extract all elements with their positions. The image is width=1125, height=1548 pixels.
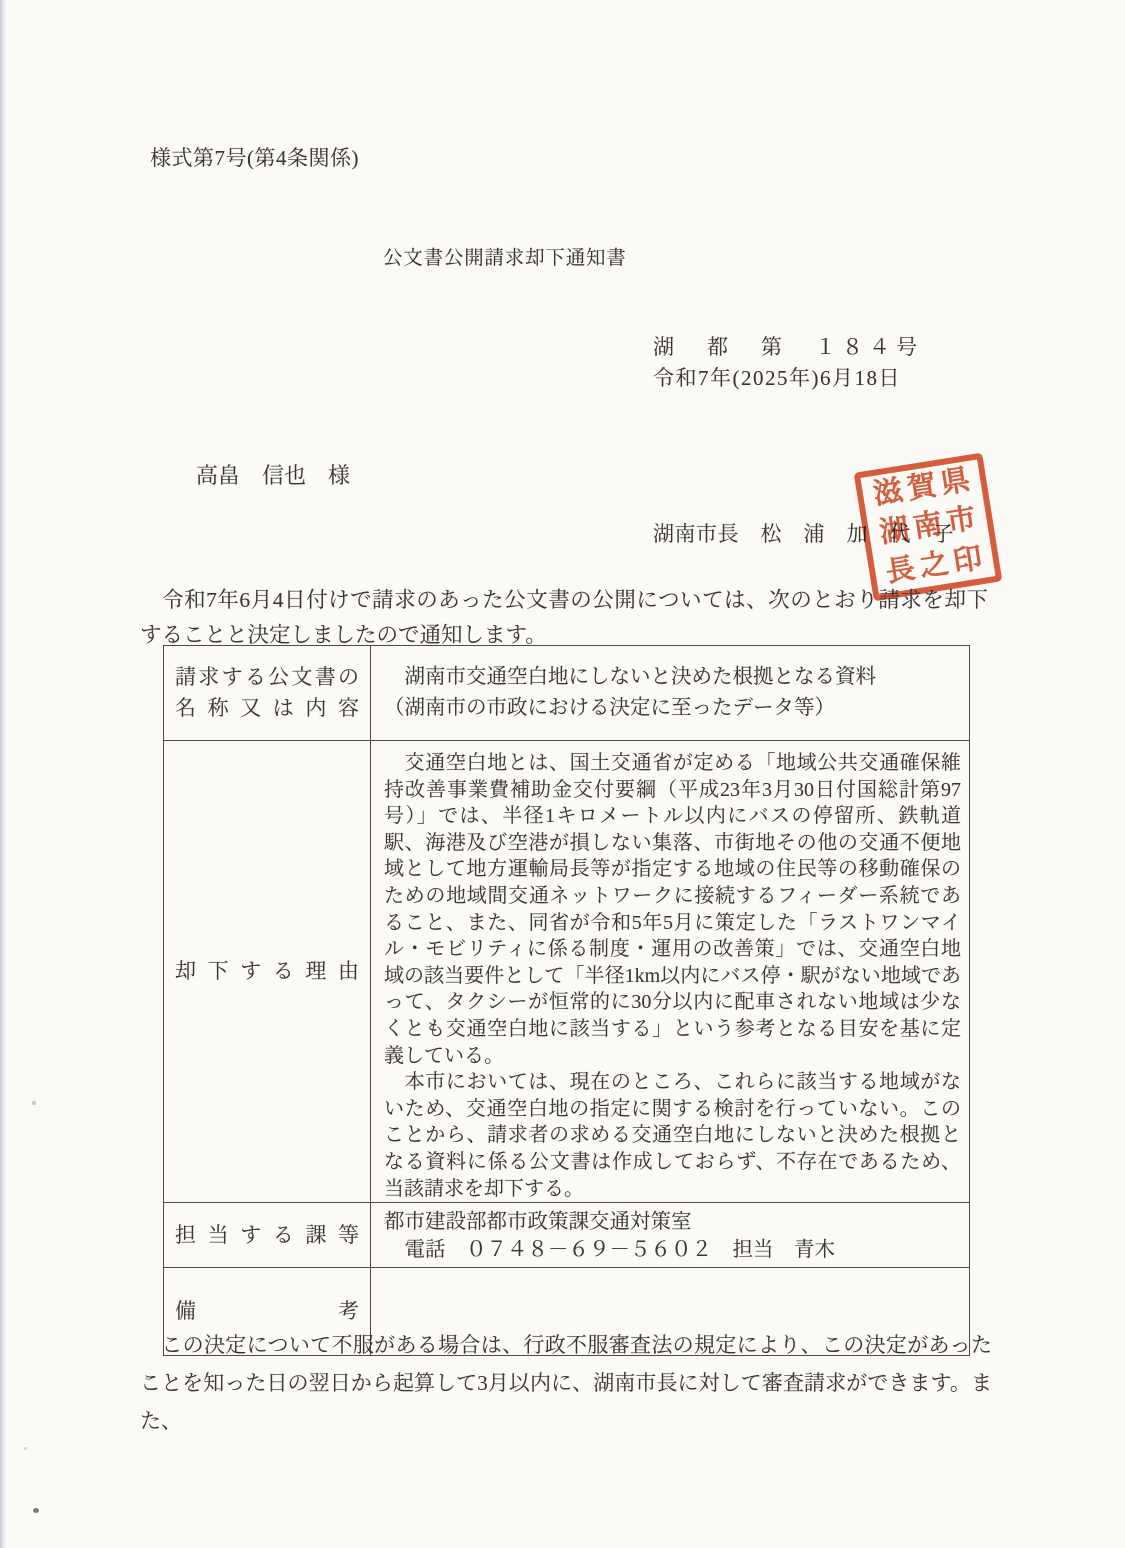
addressee-name: 高畠 信也 様 bbox=[196, 459, 350, 490]
rejection-reason-paragraph-1: 交通空白地とは、国土交通省が定める「地域公共交通確保維持改善事業費補助金交付要綱… bbox=[384, 750, 961, 1069]
requested-document-content: 湖南市交通空白地にしないと決めた根拠となる資料 （湖南市の市政における決定に至っ… bbox=[384, 662, 961, 724]
remarks-label: 備 考 bbox=[175, 1296, 359, 1327]
rejection-reason-paragraph-2: 本市においては、現在のところ、これらに該当する地域がないため、交通空白地の指定に… bbox=[384, 1069, 961, 1202]
requested-document-content-cell: 湖南市交通空白地にしないと決めた根拠となる資料 （湖南市の市政における決定に至っ… bbox=[371, 646, 970, 741]
department-label: 担 当 す る 課 等 bbox=[175, 1220, 359, 1251]
table-row: 却 下 す る 理 由 交通空白地とは、国土交通省が定める「地域公共交通確保維持… bbox=[164, 741, 970, 1203]
document-number: 湖 都 第 １８４号 bbox=[653, 331, 923, 361]
issue-date: 令和7年(2025年)6月18日 bbox=[653, 362, 901, 392]
appeal-notice-paragraph: この決定について不服がある場合は、行政不服審査法の規定により、この決定があったこ… bbox=[140, 1326, 992, 1440]
mayor-seal-stamp: 滋賀県 湖南市 長之印 bbox=[854, 453, 1003, 602]
department-label-cell: 担 当 す る 課 等 bbox=[164, 1203, 371, 1268]
page-title: 公文書公開請求却下通知書 bbox=[383, 242, 627, 270]
scan-speck bbox=[32, 1101, 36, 1105]
requested-document-label-cell: 請求する公文書の 名 称 又 は 内 容 bbox=[164, 646, 371, 741]
department-content-cell: 都市建設部都市政策課交通対策室 電話 ０７４８－６９－５６０２ 担当 青木 bbox=[371, 1203, 970, 1268]
intro-paragraph: 令和7年6月4日付けで請求のあった公文書の公開については、次のとおり請求を却下す… bbox=[140, 583, 988, 653]
table-row: 請求する公文書の 名 称 又 は 内 容 湖南市交通空白地にしないと決めた根拠と… bbox=[164, 646, 970, 741]
scan-edge-shadow bbox=[0, 0, 7, 1548]
table-row: 担 当 す る 課 等 都市建設部都市政策課交通対策室 電話 ０７４８－６９－５… bbox=[164, 1203, 970, 1268]
notice-table: 請求する公文書の 名 称 又 は 内 容 湖南市交通空白地にしないと決めた根拠と… bbox=[163, 645, 970, 1356]
rejection-reason-content-cell: 交通空白地とは、国土交通省が定める「地域公共交通確保維持改善事業費補助金交付要綱… bbox=[371, 741, 970, 1203]
scan-speck bbox=[24, 1447, 27, 1450]
rejection-reason-label-cell: 却 下 す る 理 由 bbox=[164, 741, 371, 1203]
scan-speck bbox=[33, 1508, 39, 1513]
department-content: 都市建設部都市政策課交通対策室 電話 ０７４８－６９－５６０２ 担当 青木 bbox=[384, 1208, 961, 1264]
requested-document-label: 請求する公文書の 名 称 又 は 内 容 bbox=[175, 662, 359, 724]
form-number: 様式第7号(第4条関係) bbox=[150, 142, 359, 172]
scan-speck bbox=[145, 1377, 148, 1380]
rejection-reason-label: 却 下 す る 理 由 bbox=[175, 956, 359, 987]
scanned-notice-page: 様式第7号(第4条関係) 公文書公開請求却下通知書 湖 都 第 １８４号 令和7… bbox=[0, 0, 1125, 1548]
